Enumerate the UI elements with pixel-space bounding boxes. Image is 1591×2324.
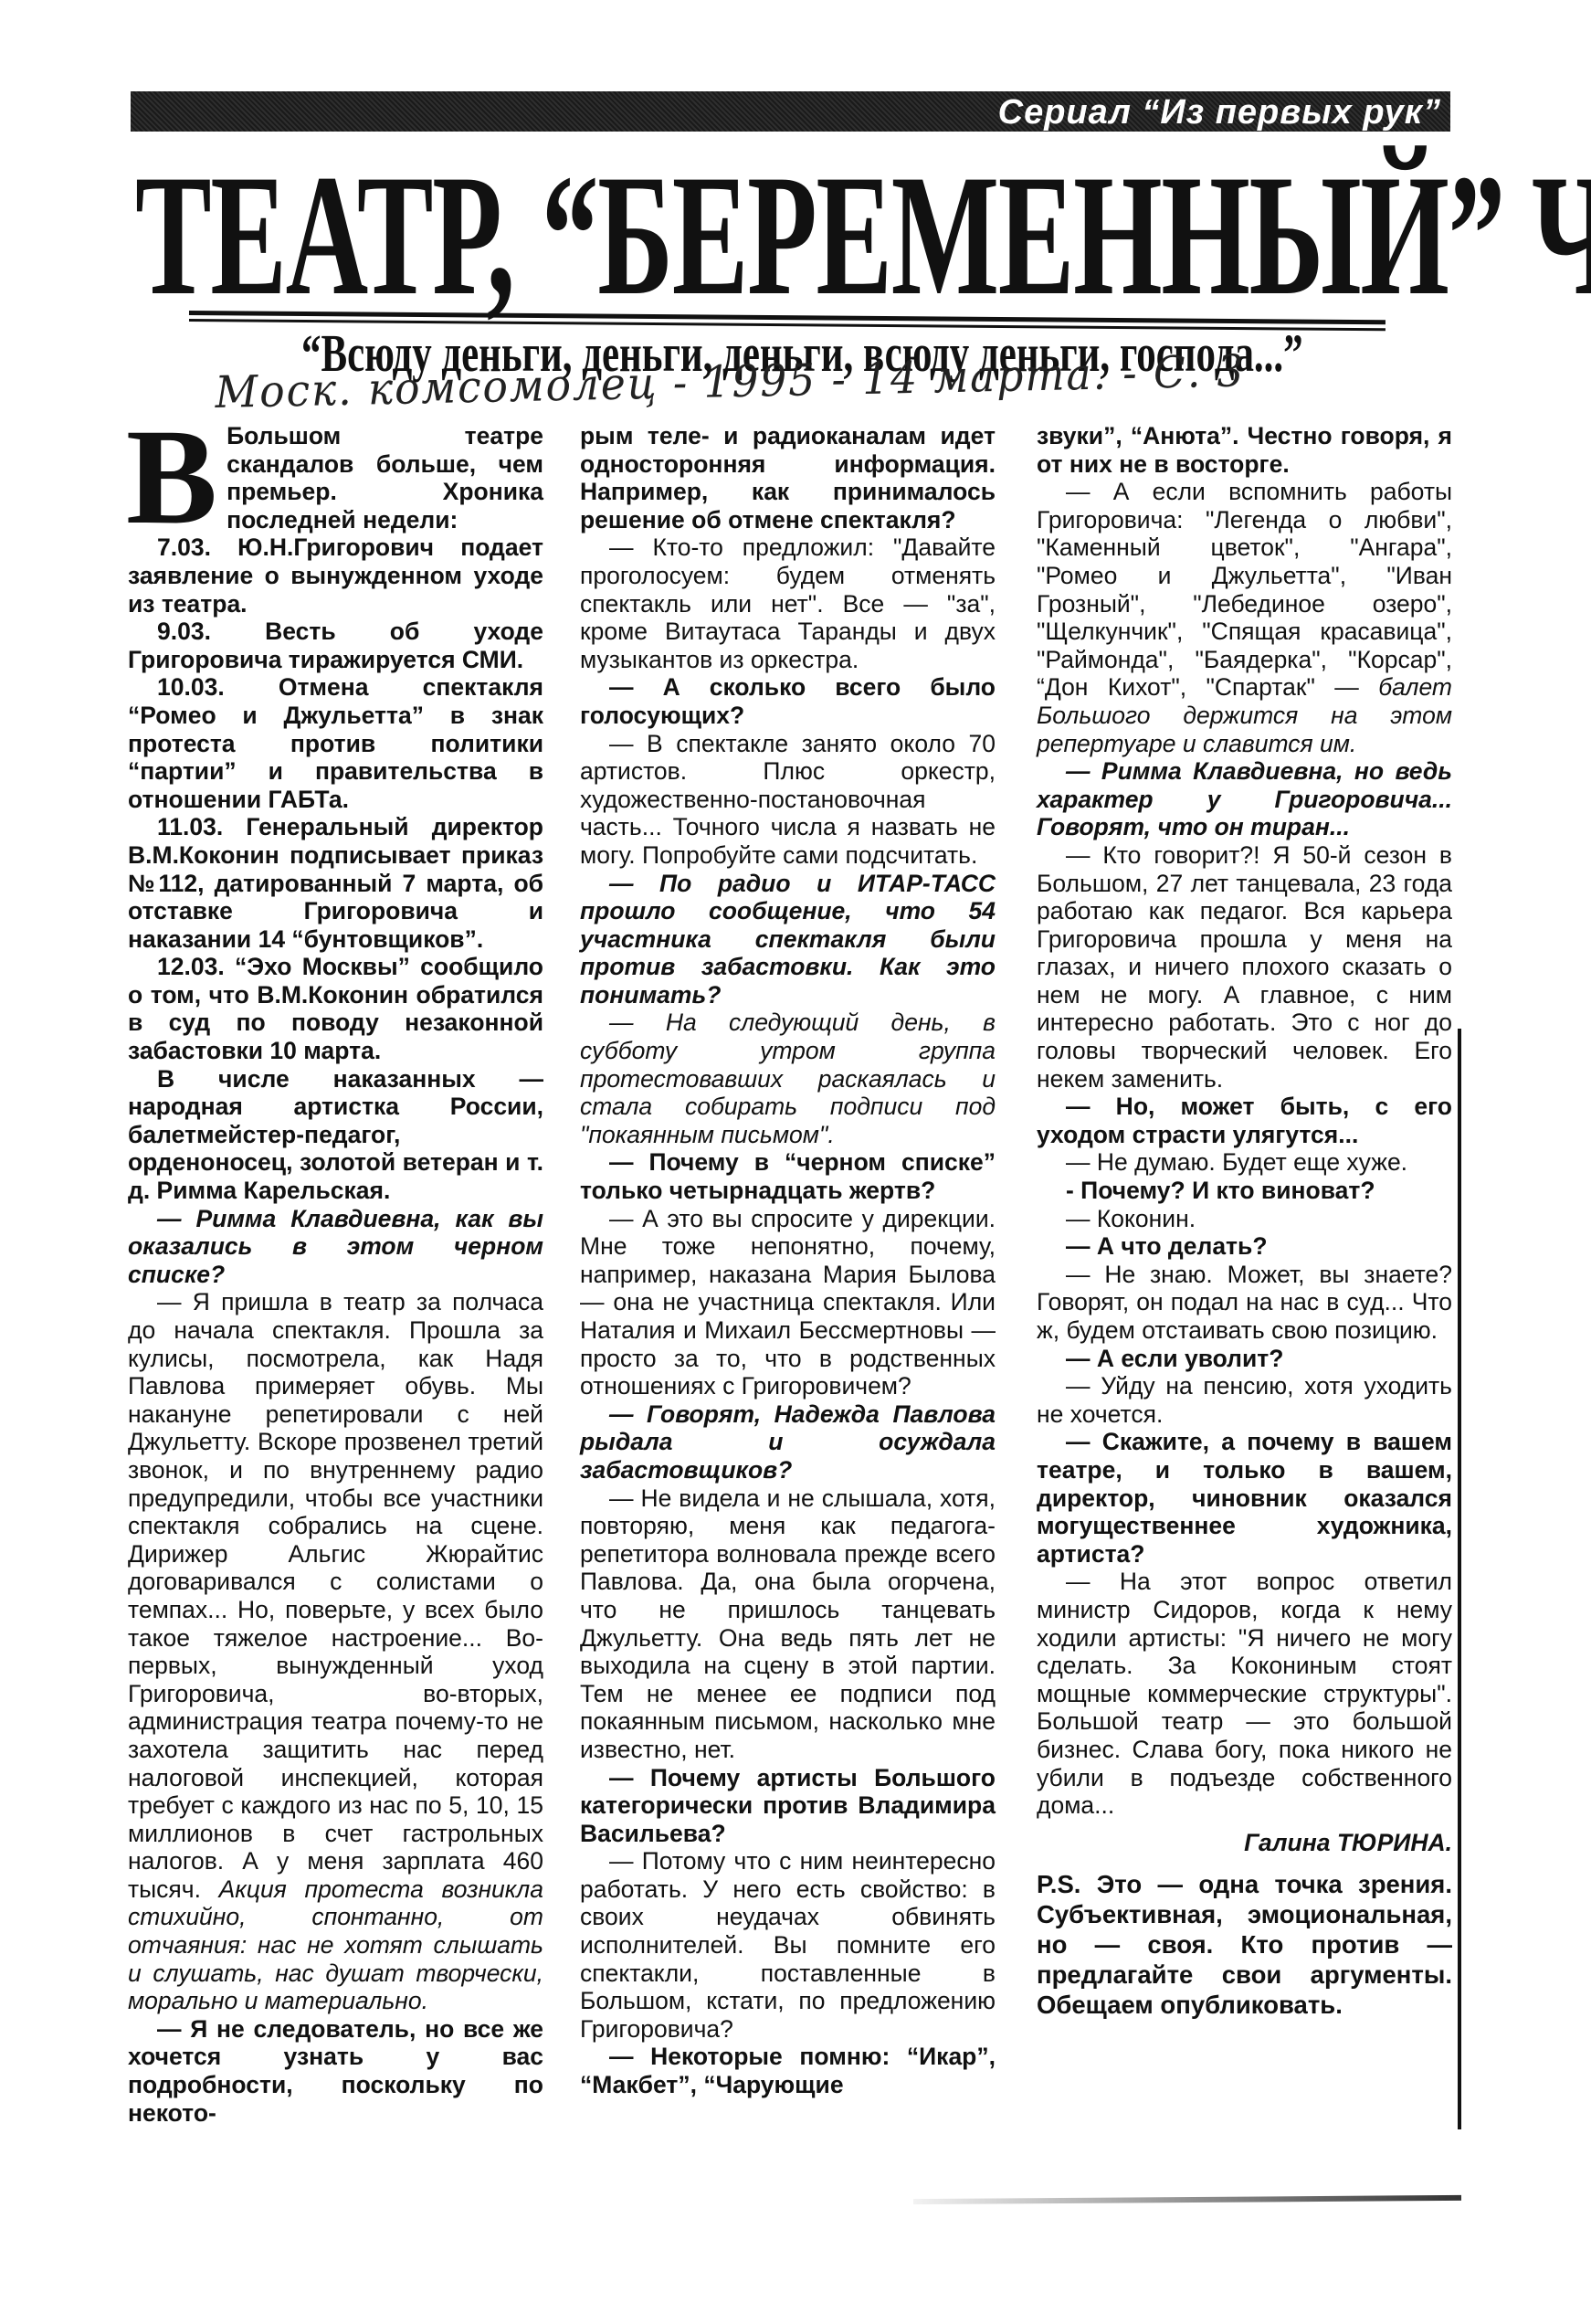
answer: — Кто говорит?! Я 50-й сезон в Большом, … <box>1037 841 1452 1093</box>
question: — Скажите, а почему в вашем театре, и то… <box>1037 1428 1452 1568</box>
answer: — Коконин. <box>1037 1205 1452 1233</box>
rubric-label: Сериал “Из первых рук” <box>998 93 1441 132</box>
drop-cap: В <box>126 426 217 533</box>
answer: — Потому что с ним неинтересно работать.… <box>580 1847 996 2043</box>
chronicle-date: 10.03. <box>157 673 225 701</box>
chronicle-item: 9.03. Весть об уходе Григоровича тиражир… <box>128 618 543 673</box>
answer-bold: — Некоторые помню: “Икар”, “Макбет”, “Ча… <box>580 2043 996 2098</box>
answer-continued: звуки”, “Анюта”. Честно говоря, я от них… <box>1037 422 1452 478</box>
question: — Но, может быть, с его уходом страсти у… <box>1037 1093 1452 1148</box>
answer: — На следующий день, в субботу утром гру… <box>580 1009 996 1148</box>
bottom-scan-edge <box>913 2195 1461 2204</box>
chronicle-date: 12.03. <box>157 953 225 980</box>
column-right-border <box>1458 1029 1461 2129</box>
answer: — Кто-то предложил: "Давайте проголосуем… <box>580 533 996 673</box>
question: — Я не следователь, но все же хочется уз… <box>128 2015 543 2127</box>
answer: — А это вы спросите у дирекции. Мне тоже… <box>580 1205 996 1400</box>
postscript: P.S. Это — одна точка зрения. Субъективн… <box>1037 1869 1452 2020</box>
answer: — На этот вопрос ответил министр Сидоров… <box>1037 1568 1452 1819</box>
answer: — Уйду на пенсию, хотя уходить не хочетс… <box>1037 1372 1452 1428</box>
answer: — В спектакле занято около 70 артистов. … <box>580 730 996 870</box>
article-column-2: рым теле- и радиоканалам идет односторон… <box>580 422 996 2099</box>
chronicle-item: 11.03. Генеральный директор В.М.Коконин … <box>128 813 543 953</box>
question: — А что делать? <box>1037 1232 1452 1261</box>
chronicle-date: 11.03. <box>157 813 223 840</box>
chronicle-item: 12.03. “Эхо Москвы” сообщило о том, что … <box>128 953 543 1064</box>
author-signature: Галина ТЮРИНА. <box>1037 1829 1452 1857</box>
answer-text: — А если вспомнить работы Григоровича: "… <box>1037 478 1452 701</box>
question: - Почему? И кто виноват? <box>1037 1177 1452 1205</box>
article-headline: ТЕАТР, “БЕРЕМЕННЫЙ” ЧП <box>135 153 1003 318</box>
article-column-1: ВБольшом театре скандалов больше, чем пр… <box>128 422 543 2127</box>
question: — Говорят, Надежда Павлова рыдала и осуж… <box>580 1400 996 1484</box>
lead-paragraph: ВБольшом театре скандалов больше, чем пр… <box>128 422 543 533</box>
question: — По радио и ИТАР-ТАСС прошло сообщение,… <box>580 870 996 1009</box>
answer: — Не думаю. Будет еще хуже. <box>1037 1148 1452 1177</box>
question: — Римма Клавдиевна, как вы оказались в э… <box>128 1205 543 1289</box>
answer: — Не видела и не слышала, хотя, повторяю… <box>580 1484 996 1764</box>
answer: — Я пришла в театр за полчаса до начала … <box>128 1288 543 2014</box>
chronicle-item: 10.03. Отмена спектакля “Ромео и Джульет… <box>128 673 543 813</box>
question: — А сколько всего было голосующих? <box>580 673 996 729</box>
chronicle-date: 7.03. <box>157 533 211 561</box>
punished-paragraph: В числе наказанных — народная артистка Р… <box>128 1065 543 1205</box>
question: — Почему в “черном списке” только четырн… <box>580 1148 996 1204</box>
lead-text: Большом театре скандалов больше, чем пре… <box>227 422 543 533</box>
article-column-3: звуки”, “Анюта”. Честно говоря, я от них… <box>1037 422 1452 2020</box>
question: — А если уволит? <box>1037 1345 1452 1373</box>
question-continued: рым теле- и радиоканалам идет односторон… <box>580 422 996 533</box>
answer-text: — Я пришла в театр за полчаса до начала … <box>128 1288 543 1902</box>
chronicle-date: 9.03. <box>157 618 211 645</box>
rubric-banner: Сериал “Из первых рук” <box>131 91 1450 132</box>
answer: — А если вспомнить работы Григоровича: "… <box>1037 478 1452 757</box>
question: — Почему артисты Большого категорически … <box>580 1764 996 1848</box>
chronicle-item: 7.03. Ю.Н.Григорович подает заявление о … <box>128 533 543 618</box>
question: — Римма Клавдиевна, но ведь характер у Г… <box>1037 757 1452 841</box>
answer: — Не знаю. Может, вы знаете? Говорят, он… <box>1037 1261 1452 1345</box>
